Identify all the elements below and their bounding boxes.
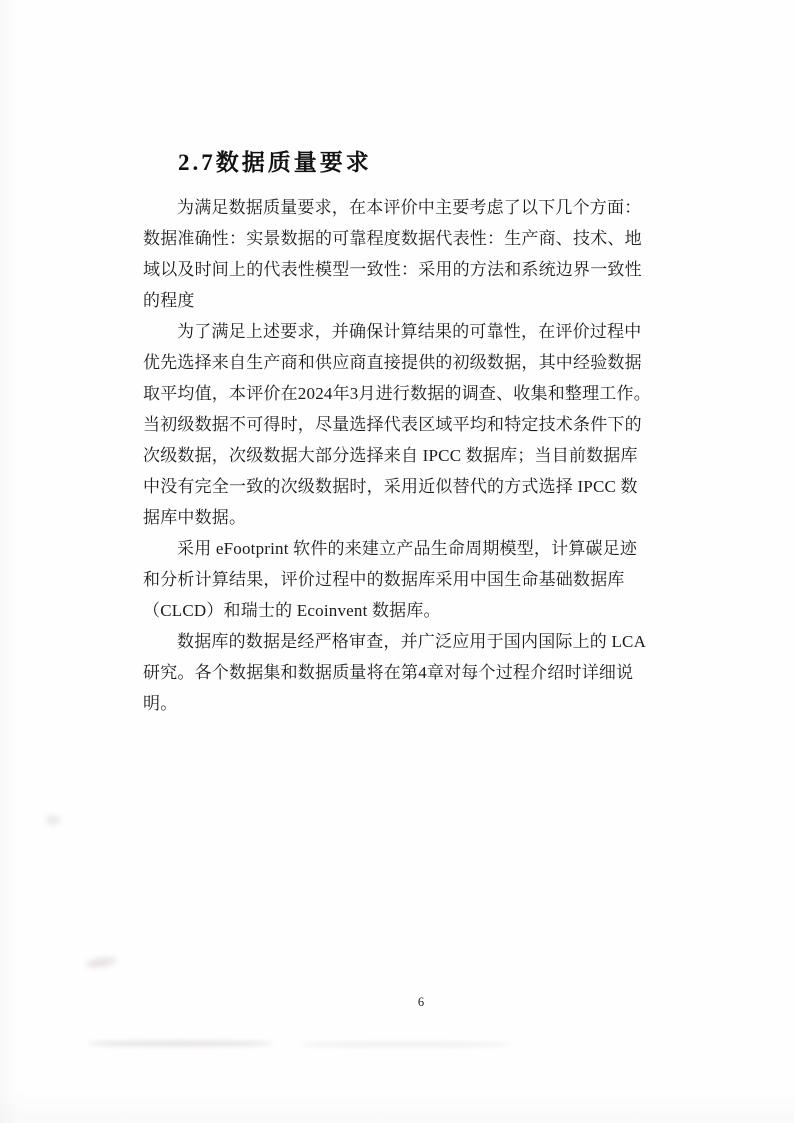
scan-artifact bbox=[46, 815, 60, 825]
document-content: 2.7数据质量要求 为满足数据质量要求，在本评价中主要考虑了以下几个方面：数据准… bbox=[143, 146, 653, 719]
scan-artifact bbox=[86, 956, 117, 969]
document-page: 2.7数据质量要求 为满足数据质量要求，在本评价中主要考虑了以下几个方面：数据准… bbox=[0, 0, 794, 1123]
paragraph-data-quality-aspects: 为满足数据质量要求，在本评价中主要考虑了以下几个方面：数据准确性：实景数据的可靠… bbox=[143, 192, 653, 316]
section-heading: 2.7数据质量要求 bbox=[143, 146, 653, 179]
page-number: 6 bbox=[409, 994, 433, 1010]
scan-artifact bbox=[88, 1040, 273, 1047]
paragraph-data-selection: 为了满足上述要求，并确保计算结果的可靠性，在评价过程中优先选择来自生产商和供应商… bbox=[143, 316, 653, 533]
scan-artifact bbox=[300, 1042, 510, 1047]
paragraph-software-databases: 采用 eFootprint 软件的来建立产品生命周期模型，计算碳足迹和分析计算结… bbox=[143, 533, 653, 626]
paragraph-database-review: 数据库的数据是经严格审查，并广泛应用于国内国际上的 LCA 研究。各个数据集和数… bbox=[143, 626, 653, 719]
